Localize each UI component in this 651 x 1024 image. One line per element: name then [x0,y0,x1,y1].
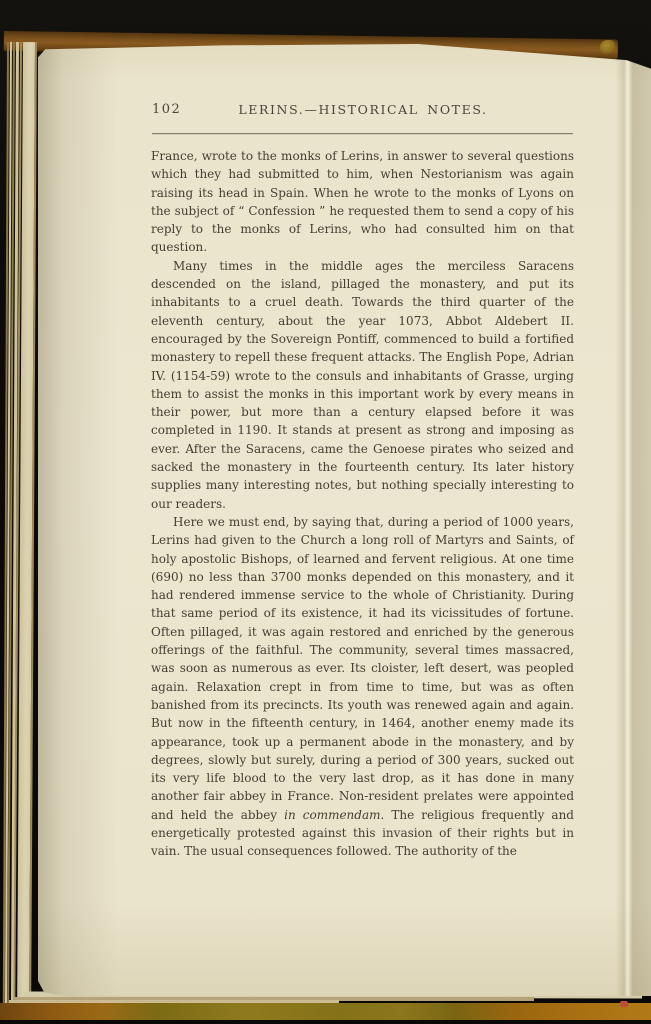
bookmark-fiber [620,1001,628,1007]
book-cover-bottom-edge [0,1003,651,1020]
page-header: 102 LERINS.—HISTORICAL NOTES. [152,100,574,122]
latin-phrase-in-commendam: in commendam [284,808,380,822]
book-photograph: 102 LERINS.—HISTORICAL NOTES. France, wr… [0,0,651,1024]
page-body: France, wrote to the monks of Lerins, in… [151,147,574,861]
paragraph-1: France, wrote to the monks of Lerins, in… [151,147,574,257]
header-rule [152,133,573,134]
running-header: LERINS.—HISTORICAL NOTES. [152,102,574,117]
paragraph-2: Many times in the middle ages the mercil… [151,257,574,513]
paragraph-3-segment: Here we must end, by saying that, during… [151,515,574,822]
cover-frayed-corner [600,40,616,54]
paragraph-3: Here we must end, by saying that, during… [151,513,574,861]
